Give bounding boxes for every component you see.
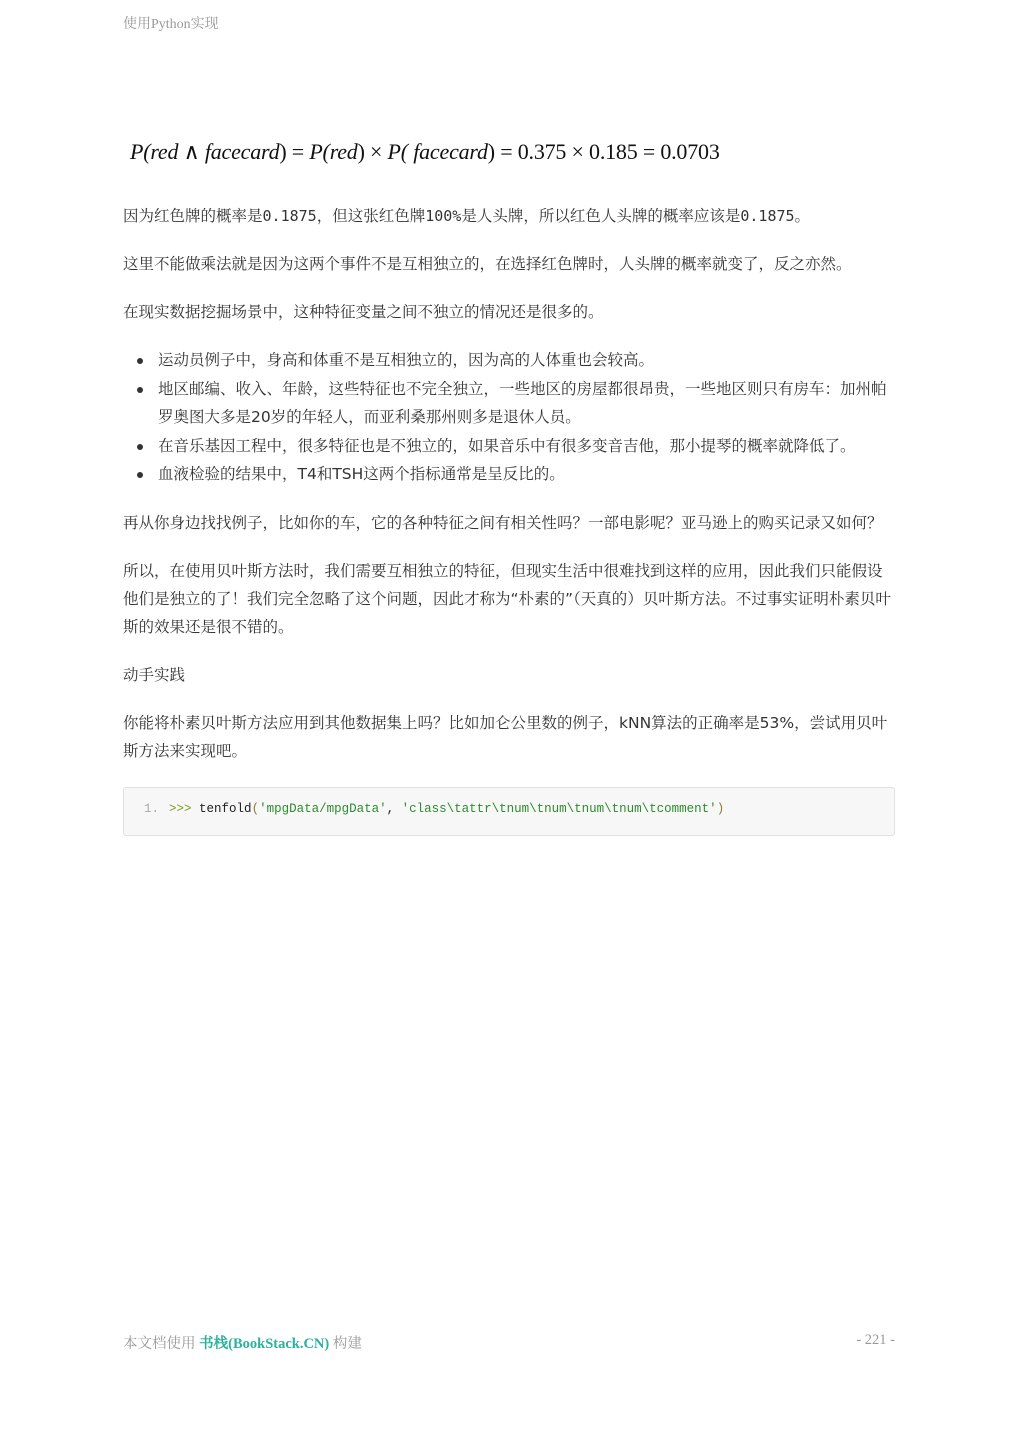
paragraph-find-examples: 再从你身边找找例子，比如你的车，它的各种特征之间有相关性吗？一部电影呢？亚马逊上… xyxy=(123,509,895,537)
number: 0.1875 xyxy=(263,207,317,225)
formula-facecard: facecard xyxy=(205,139,280,164)
list-item: 地区邮编、收入、年龄，这些特征也不完全独立，一些地区的房屋都很昂贵，一些地区则只… xyxy=(158,375,895,432)
list-item: 血液检验的结果中，T4和TSH这两个指标通常是呈反比的。 xyxy=(158,460,895,489)
paragraph-red-facecard: 因为红色牌的概率是0.1875，但这张红色牌100%是人头牌，所以红色人头牌的概… xyxy=(123,202,895,230)
running-header-title: 使用Python实现 xyxy=(123,13,219,33)
paragraph-exercise: 你能将朴素贝叶斯方法应用到其他数据集上吗？比如加仑公里数的例子，kNN算法的正确… xyxy=(123,709,895,765)
text: 。 xyxy=(795,207,811,225)
footer-suffix: 构建 xyxy=(329,1336,362,1352)
code-arg-path: 'mpgData/mpgData' xyxy=(259,802,387,816)
formula-numeric: 0.375 × 0.185 = 0.0703 xyxy=(518,139,720,164)
formula-wedge: ∧ xyxy=(178,139,205,164)
probability-formula: P(red ∧ facecard) = P(red) × P( facecard… xyxy=(130,136,895,172)
text: 因为红色牌的概率是 xyxy=(123,207,263,225)
bullet-icon xyxy=(137,472,143,478)
bullet-icon xyxy=(137,358,143,364)
list-item-text: 血液检验的结果中，T4和TSH这两个指标通常是呈反比的。 xyxy=(158,465,565,483)
number: 100% xyxy=(425,207,461,225)
code-paren-open: ( xyxy=(252,802,260,816)
paragraph-naive-bayes: 所以，在使用贝叶斯方法时，我们需要互相独立的特征，但现实生活中很难找到这样的应用… xyxy=(123,557,895,641)
formula-equals-2: ) = xyxy=(488,139,518,164)
code-line-number: 1. xyxy=(144,802,159,816)
list-item: 运动员例子中，身高和体重不是互相独立的，因为高的人体重也会较高。 xyxy=(158,346,895,375)
formula-red: red xyxy=(150,139,178,164)
number: 0.1875 xyxy=(740,207,794,225)
code-block: 1.>>> tenfold('mpgData/mpgData', 'class\… xyxy=(123,787,895,836)
list-item-text: 运动员例子中，身高和体重不是互相独立的，因为高的人体重也会较高。 xyxy=(158,351,654,369)
list-item: 在音乐基因工程中，很多特征也是不独立的，如果音乐中有很多变音吉他，那小提琴的概率… xyxy=(158,432,895,461)
formula-equals-1: ) = xyxy=(279,139,309,164)
footer-prefix: 本文档使用 xyxy=(123,1336,199,1352)
code-paren-close: ) xyxy=(717,802,725,816)
text: 是人头牌，所以红色人头牌的概率应该是 xyxy=(461,207,740,225)
page-number: - 221 - xyxy=(856,1332,895,1349)
footer-credit: 本文档使用 书栈(BookStack.CN) 构建 xyxy=(123,1332,362,1353)
bullet-icon xyxy=(137,444,143,450)
page-content: P(red ∧ facecard) = P(red) × P( facecard… xyxy=(123,136,895,836)
examples-list: 运动员例子中，身高和体重不是互相独立的，因为高的人体重也会较高。 地区邮编、收入… xyxy=(123,346,895,489)
section-heading-practice: 动手实践 xyxy=(123,661,895,689)
formula-p-red: P( xyxy=(309,139,329,164)
code-function: tenfold xyxy=(199,802,252,816)
formula-p: P( xyxy=(130,139,150,164)
formula-times: ) × xyxy=(358,139,388,164)
bookstack-link[interactable]: 书栈(BookStack.CN) xyxy=(199,1336,329,1352)
bullet-icon xyxy=(137,387,143,393)
text: ，但这张红色牌 xyxy=(317,207,426,225)
code-prompt: >>> xyxy=(169,802,192,816)
code-comma: , xyxy=(387,802,402,816)
list-item-text: 地区邮编、收入、年龄，这些特征也不完全独立，一些地区的房屋都很昂贵，一些地区则只… xyxy=(158,380,887,427)
formula-p-facecard: P( xyxy=(388,139,408,164)
paragraph-real-world: 在现实数据挖掘场景中，这种特征变量之间不独立的情况还是很多的。 xyxy=(123,298,895,326)
formula-facecard-2: facecard xyxy=(408,139,488,164)
list-item-text: 在音乐基因工程中，很多特征也是不独立的，如果音乐中有很多变音吉他，那小提琴的概率… xyxy=(158,437,856,455)
code-arg-format: 'class\tattr\tnum\tnum\tnum\tnum\tcommen… xyxy=(402,802,717,816)
formula-red-2: red xyxy=(330,139,358,164)
paragraph-not-independent: 这里不能做乘法就是因为这两个事件不是互相独立的，在选择红色牌时，人头牌的概率就变… xyxy=(123,250,895,278)
